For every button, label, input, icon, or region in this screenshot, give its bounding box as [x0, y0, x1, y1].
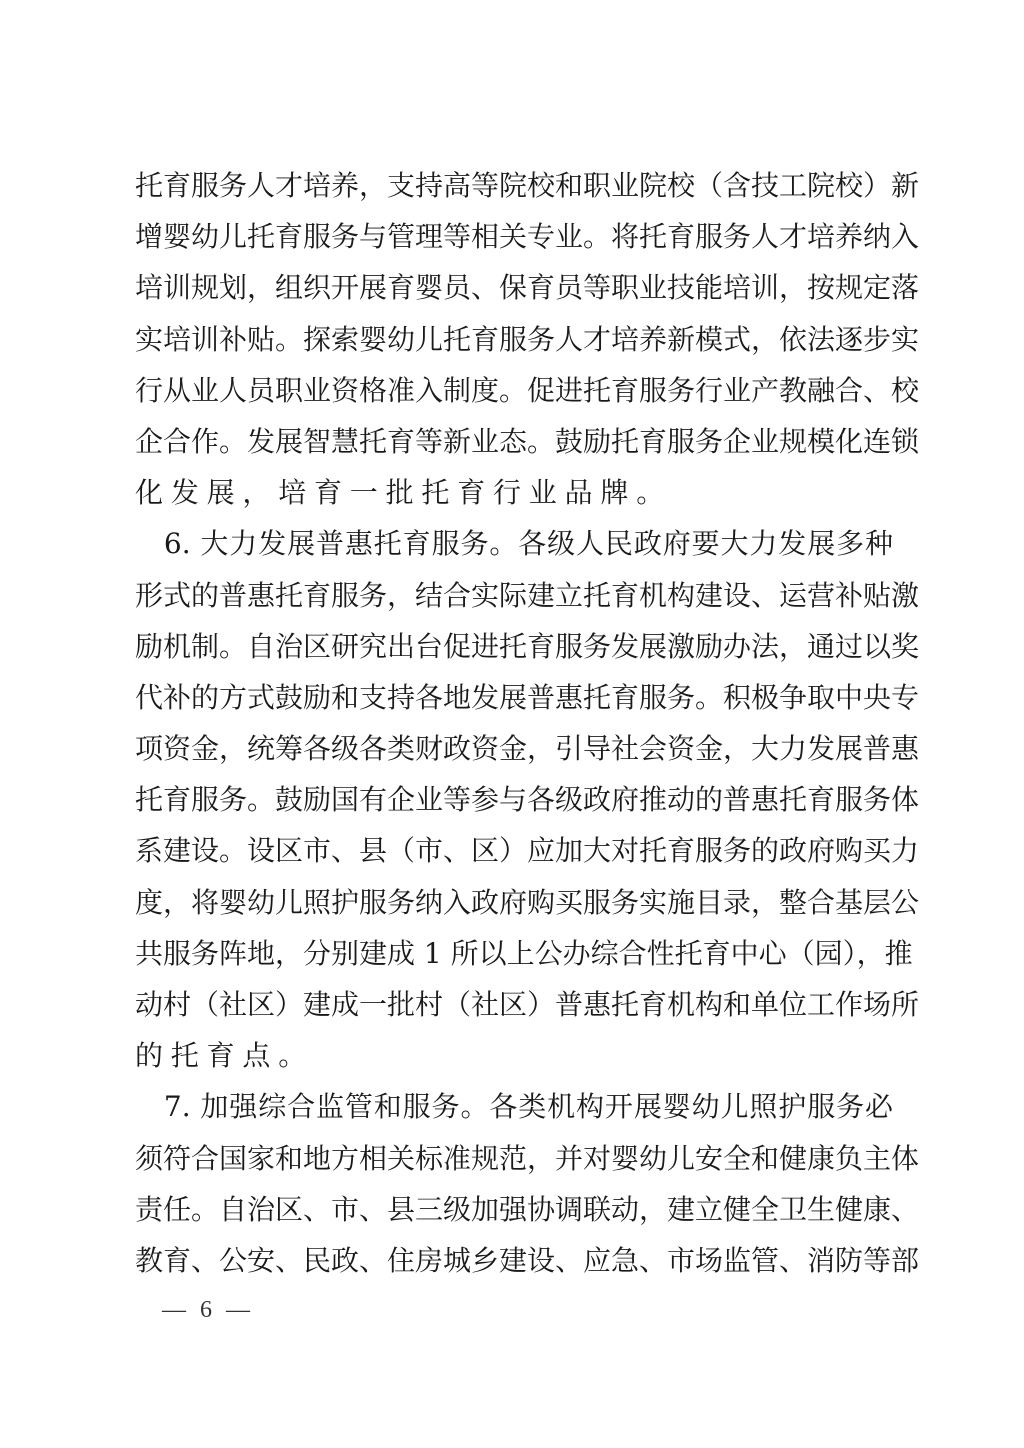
text-line: 动村（社区）建成一批村（社区）普惠托育机构和单位工作场所	[135, 979, 893, 1030]
text-line: 形式的普惠托育服务，结合实际建立托育机构建设、运营补贴激	[135, 570, 893, 621]
text-line: 系建设。设区市、县（市、区）应加大对托育服务的政府购买力	[135, 825, 893, 876]
page-number: — 6 —	[162, 1292, 254, 1328]
text-line: 托育服务。鼓励国有企业等参与各级政府推动的普惠托育服务体	[135, 774, 893, 825]
text-line: 代补的方式鼓励和支持各地发展普惠托育服务。积极争取中央专	[135, 672, 893, 723]
section-heading-line: 6. 大力发展普惠托育服务。各级人民政府要大力发展多种	[135, 518, 893, 569]
text-line: 增婴幼儿托育服务与管理等相关专业。将托育服务人才培养纳入	[135, 211, 893, 262]
text-line: 培训规划，组织开展育婴员、保育员等职业技能培训，按规定落	[135, 262, 893, 313]
text-line: 度，将婴幼儿照护服务纳入政府购买服务实施目录，整合基层公	[135, 877, 893, 928]
text-line: 教育、公安、民政、住房城乡建设、应急、市场监管、消防等部	[135, 1235, 893, 1286]
text-line: 须符合国家和地方相关标准规范，并对婴幼儿安全和健康负主体	[135, 1133, 893, 1184]
text-line: 项资金，统筹各级各类财政资金，引导社会资金，大力发展普惠	[135, 723, 893, 774]
text-line: 励机制。自治区研究出台促进托育服务发展激励办法，通过以奖	[135, 621, 893, 672]
text-line: 企合作。发展智慧托育等新业态。鼓励托育服务企业规模化连锁	[135, 416, 893, 467]
text-line: 托育服务人才培养，支持高等院校和职业院校（含技工院校）新	[135, 160, 893, 211]
body-text: 托育服务人才培养，支持高等院校和职业院校（含技工院校）新 增婴幼儿托育服务与管理…	[135, 160, 893, 1286]
text-line: 责任。自治区、市、县三级加强协调联动，建立健全卫生健康、	[135, 1184, 893, 1235]
text-line: 的托育点。	[135, 1030, 893, 1081]
section-heading-line: 7. 加强综合监管和服务。各类机构开展婴幼儿照护服务必	[135, 1081, 893, 1132]
document-page: 托育服务人才培养，支持高等院校和职业院校（含技工院校）新 增婴幼儿托育服务与管理…	[0, 0, 1024, 1448]
text-line: 行从业人员职业资格准入制度。促进托育服务行业产教融合、校	[135, 365, 893, 416]
text-line: 实培训补贴。探索婴幼儿托育服务人才培养新模式，依法逐步实	[135, 314, 893, 365]
text-line: 共服务阵地，分别建成 1 所以上公办综合性托育中心（园），推	[135, 928, 893, 979]
text-line: 化发展，培育一批托育行业品牌。	[135, 467, 893, 518]
